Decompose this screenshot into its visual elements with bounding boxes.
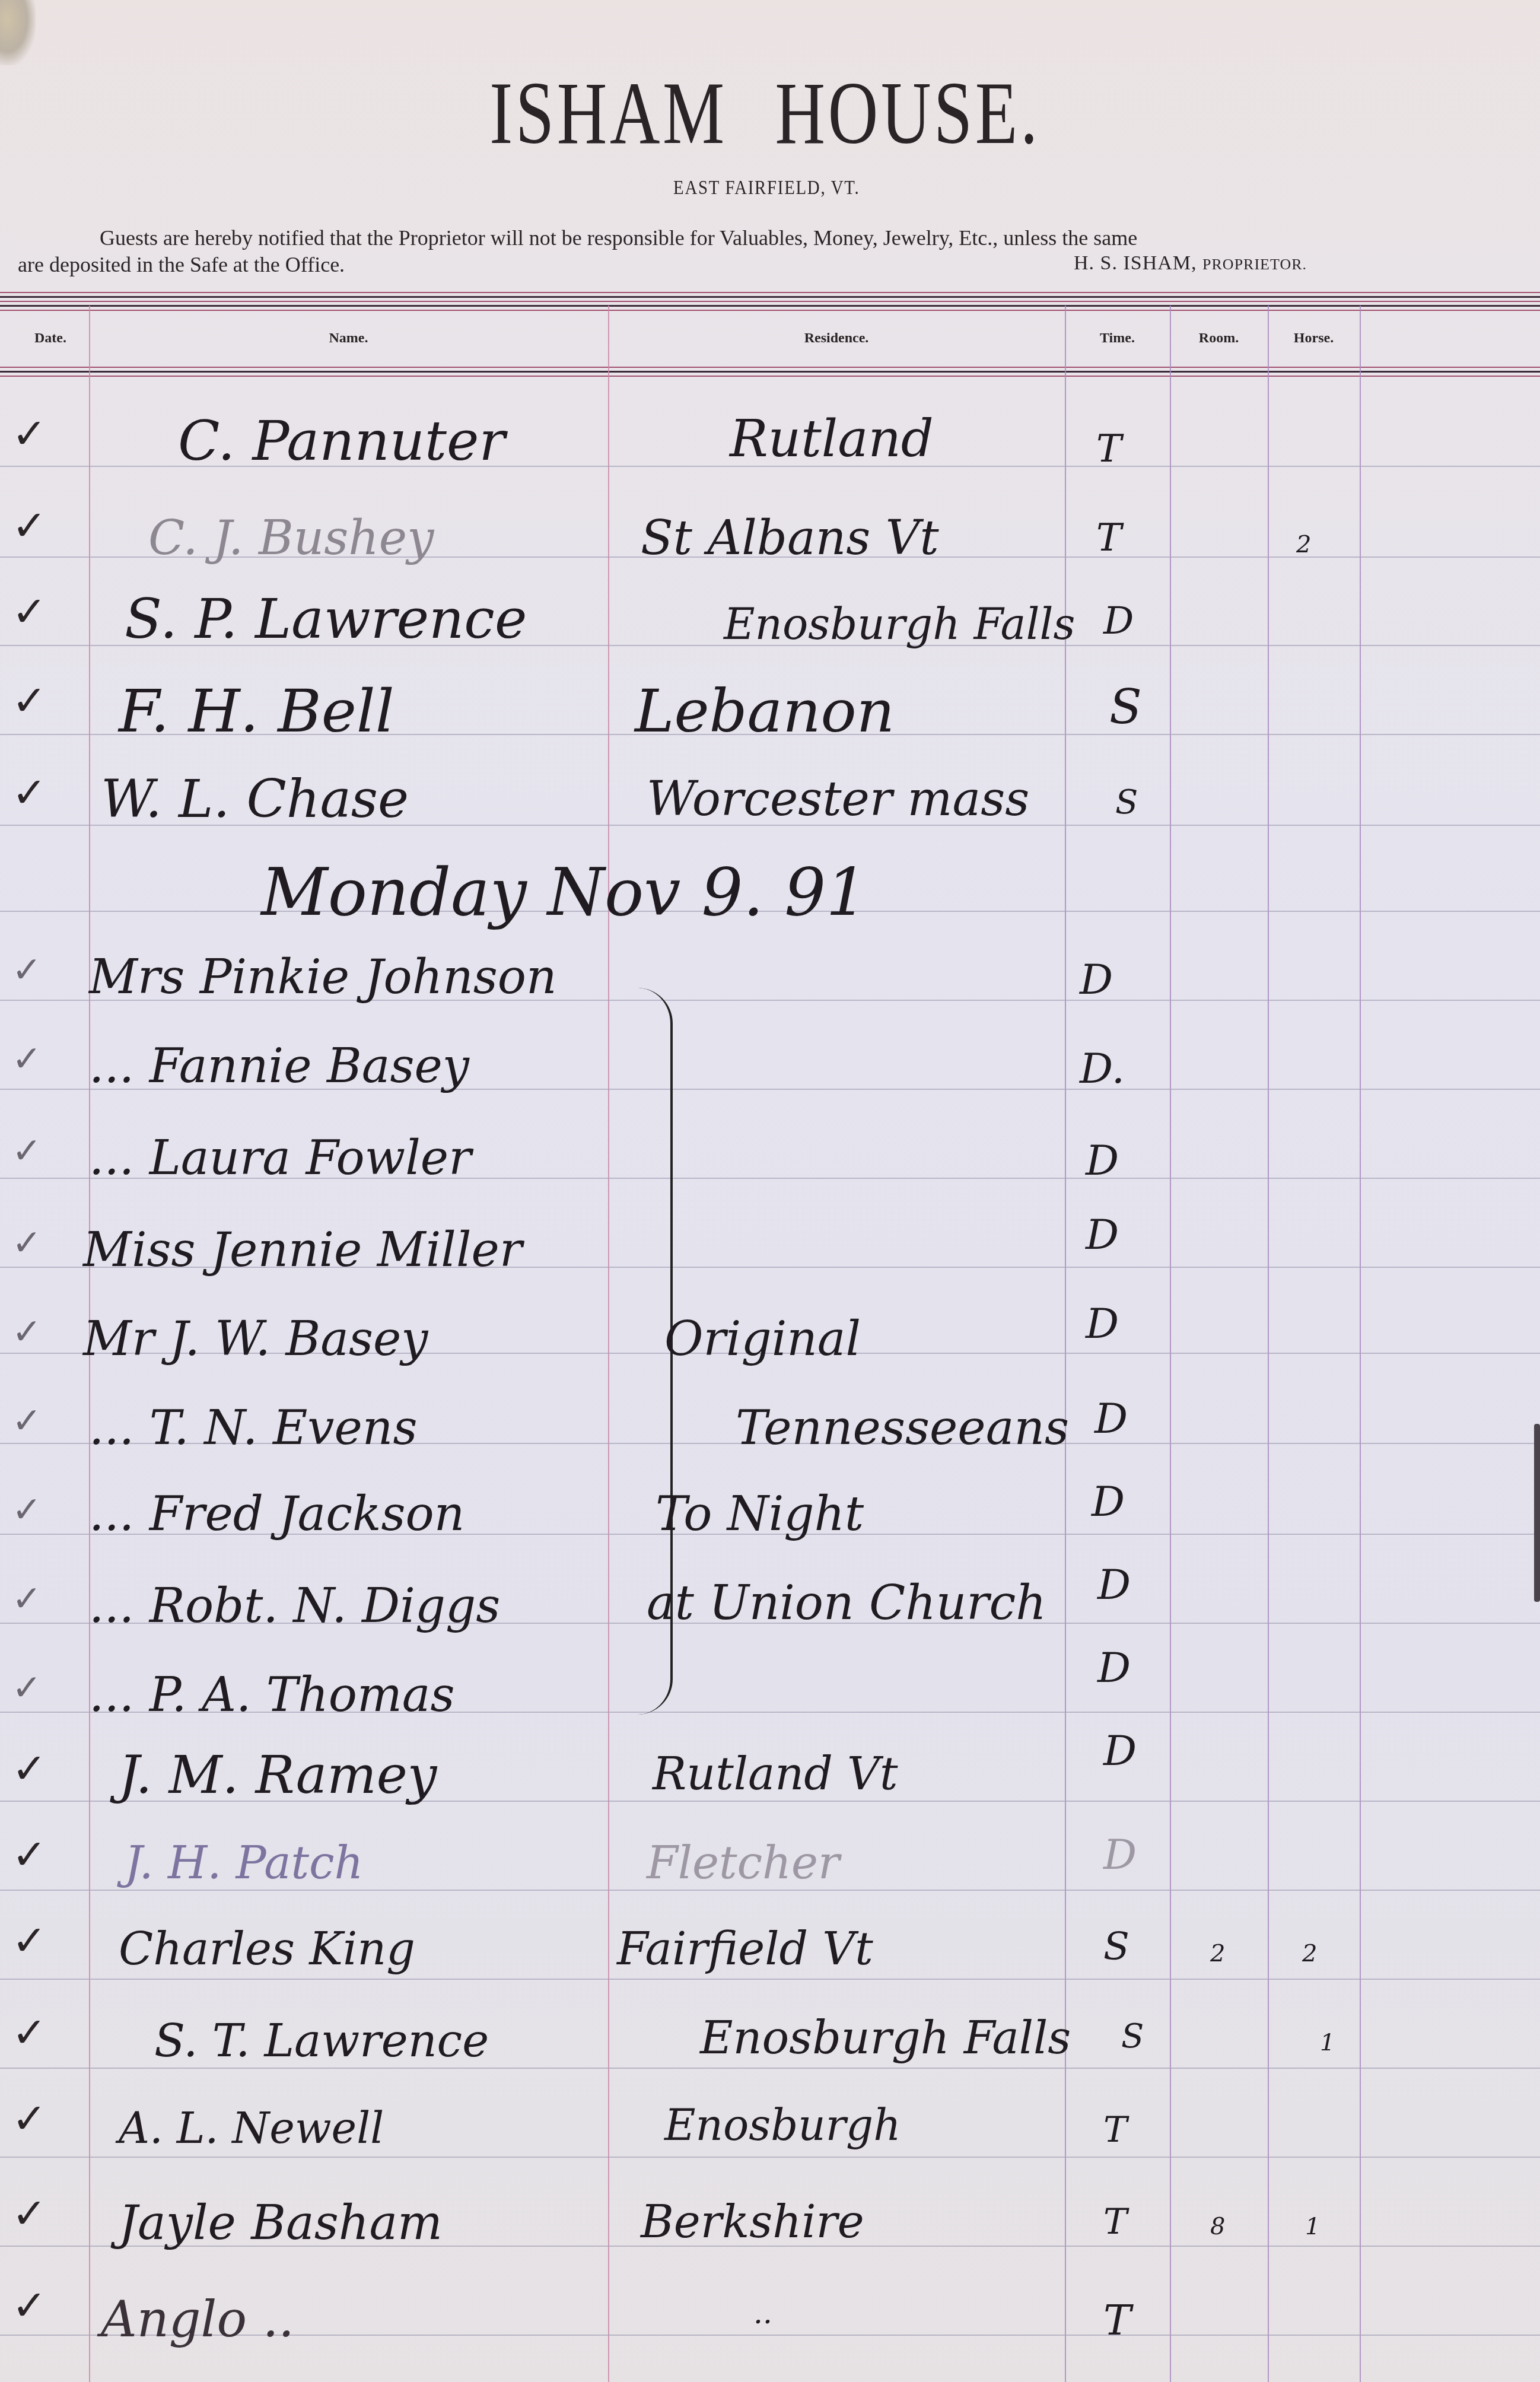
guest-name: A. L. Newell bbox=[119, 2103, 384, 2153]
check-mark-icon: ✓ bbox=[12, 949, 42, 991]
arrival-time: D bbox=[1097, 1643, 1131, 1692]
guest-residence: Fairfield Vt bbox=[617, 1922, 873, 1975]
column-header-residence: Residence. bbox=[608, 330, 1065, 346]
check-mark-icon: ✓ bbox=[12, 409, 47, 458]
notice-line-1: Guests are hereby notified that the Prop… bbox=[100, 225, 1137, 250]
guest-name: C. J. Bushey bbox=[148, 510, 434, 565]
check-mark-icon: ✓ bbox=[12, 1222, 42, 1264]
guest-residence: Berkshire bbox=[641, 2195, 864, 2248]
check-mark-icon: ✓ bbox=[12, 587, 47, 636]
guest-residence: Fletcher bbox=[647, 1836, 839, 1889]
guest-name: J. H. Patch bbox=[125, 1836, 364, 1889]
guest-name: ... Laura Fowler bbox=[89, 1130, 471, 1185]
column-divider-horse bbox=[1360, 306, 1361, 2382]
check-mark-icon: ✓ bbox=[12, 1038, 42, 1080]
register-page: ISHAM HOUSE. EAST FAIRFIELD, VT. Guests … bbox=[0, 0, 1540, 2382]
guest-residence: Worcester mass bbox=[647, 771, 1029, 826]
guest-residence: Rutland bbox=[730, 409, 934, 469]
guest-residence: Enosburgh bbox=[664, 2100, 901, 2150]
guest-residence: Enosburgh Falls bbox=[724, 599, 1075, 649]
arrival-time: T bbox=[1096, 516, 1122, 560]
room-number: 2 bbox=[1210, 1940, 1225, 1967]
guest-residence: Original bbox=[664, 1311, 861, 1366]
guest-name: S. P. Lawrence bbox=[125, 587, 527, 651]
guest-residence: St Albans Vt bbox=[641, 510, 939, 565]
guest-name: ... P. A. Thomas bbox=[89, 1667, 454, 1722]
proprietor-name: H. S. ISHAM, bbox=[1074, 252, 1202, 274]
proprietor-signature: H. S. ISHAM, PROPRIETOR. bbox=[1074, 252, 1307, 275]
arrival-time: D. bbox=[1080, 1044, 1125, 1093]
arrival-time: T bbox=[1096, 427, 1122, 471]
horse-count: 2 bbox=[1296, 531, 1311, 558]
guest-name: F. H. Bell bbox=[119, 676, 394, 746]
horse-count: 2 bbox=[1302, 1940, 1317, 1967]
proprietor-title: PROPRIETOR. bbox=[1202, 256, 1307, 273]
room-number: 8 bbox=[1210, 2213, 1225, 2240]
guest-name: ... Fred Jackson bbox=[89, 1486, 464, 1541]
guest-residence: at Union Church bbox=[647, 1575, 1046, 1630]
check-mark-icon: ✓ bbox=[12, 768, 47, 817]
guest-name: ... Fannie Basey bbox=[89, 1038, 469, 1093]
column-header-room: Room. bbox=[1170, 330, 1268, 346]
arrival-time: D bbox=[1080, 955, 1113, 1004]
arrival-time: D bbox=[1086, 1210, 1119, 1259]
header-bottom-rule-band bbox=[0, 367, 1540, 380]
check-mark-icon: ✓ bbox=[12, 1830, 47, 1879]
check-mark-icon: ✓ bbox=[12, 1744, 47, 1793]
hotel-title: ISHAM HOUSE. bbox=[164, 62, 1366, 164]
arrival-time: S bbox=[1103, 1925, 1129, 1969]
column-divider-room bbox=[1268, 306, 1269, 2382]
ruled-line bbox=[0, 2068, 1540, 2069]
arrival-time: S bbox=[1109, 679, 1142, 734]
guest-name: Anglo .. bbox=[101, 2290, 294, 2348]
arrival-time: D bbox=[1086, 1299, 1119, 1348]
guest-name: Mr J. W. Basey bbox=[83, 1311, 428, 1366]
top-rule-band bbox=[0, 292, 1540, 314]
guest-name: ... T. N. Evens bbox=[89, 1400, 417, 1455]
page-corner-stain bbox=[0, 0, 36, 65]
arrival-time: T bbox=[1103, 2109, 1127, 2151]
date-heading: Monday Nov 9. 91 bbox=[261, 854, 867, 930]
guest-name: Miss Jennie Miller bbox=[83, 1222, 522, 1277]
check-mark-icon: ✓ bbox=[12, 676, 47, 725]
guest-residence: Enosburgh Falls bbox=[700, 2011, 1071, 2064]
arrival-time: S bbox=[1115, 783, 1138, 822]
guest-residence: Lebanon bbox=[635, 676, 895, 746]
guest-name: S. T. Lawrence bbox=[154, 2014, 489, 2067]
hotel-location: EAST FAIRFIELD, VT. bbox=[112, 177, 1421, 199]
horse-count: 1 bbox=[1320, 2029, 1335, 2056]
check-mark-icon: ✓ bbox=[12, 2008, 47, 2057]
arrival-time: D bbox=[1103, 599, 1134, 643]
check-mark-icon: ✓ bbox=[12, 1578, 42, 1620]
arrival-time: D bbox=[1092, 1477, 1125, 1526]
guest-name: ... Robt. N. Diggs bbox=[89, 1578, 500, 1633]
arrival-time: D bbox=[1097, 1560, 1131, 1609]
check-mark-icon: ✓ bbox=[12, 2189, 47, 2238]
arrival-time: D bbox=[1086, 1136, 1119, 1185]
column-divider-time bbox=[1170, 306, 1171, 2382]
guest-name: Charles King bbox=[119, 1922, 415, 1975]
arrival-time: T bbox=[1103, 2201, 1127, 2243]
guest-residence: To Night bbox=[656, 1486, 864, 1541]
ruled-line bbox=[0, 1890, 1540, 1891]
guest-name: C. Pannuter bbox=[178, 409, 505, 473]
ruled-line bbox=[0, 1979, 1540, 1980]
check-mark-icon: ✓ bbox=[12, 1916, 47, 1965]
arrival-time: T bbox=[1103, 2296, 1131, 2345]
column-header-date: Date. bbox=[24, 330, 77, 346]
guest-name: Mrs Pinkie Johnson bbox=[89, 949, 556, 1004]
check-mark-icon: ✓ bbox=[12, 1667, 42, 1709]
check-mark-icon: ✓ bbox=[12, 2094, 47, 2143]
guest-name: Jayle Basham bbox=[119, 2195, 443, 2250]
arrival-time: D bbox=[1103, 1830, 1137, 1879]
guest-name: W. L. Chase bbox=[101, 768, 409, 829]
check-mark-icon: ✓ bbox=[12, 2281, 47, 2330]
check-mark-icon: ✓ bbox=[12, 1311, 42, 1353]
binding-edge bbox=[1534, 1424, 1540, 1602]
column-header-horse: Horse. bbox=[1268, 330, 1360, 346]
guest-name: J. M. Ramey bbox=[119, 1744, 437, 1805]
notice-line-2: are deposited in the Safe at the Office. bbox=[18, 252, 345, 277]
arrival-time: D bbox=[1103, 1726, 1137, 1775]
guest-residence: .. bbox=[753, 2296, 772, 2330]
check-mark-icon: ✓ bbox=[12, 1489, 42, 1531]
horse-count: 1 bbox=[1305, 2213, 1320, 2240]
arrival-time: S bbox=[1121, 2017, 1144, 2056]
check-mark-icon: ✓ bbox=[12, 1130, 42, 1172]
guest-residence: Tennesseeans bbox=[736, 1400, 1069, 1455]
ruled-line bbox=[0, 2157, 1540, 2158]
column-header-time: Time. bbox=[1065, 330, 1170, 346]
column-header-name: Name. bbox=[89, 330, 608, 346]
arrival-time: D bbox=[1094, 1394, 1128, 1443]
check-mark-icon: ✓ bbox=[12, 1400, 42, 1442]
guest-residence: Rutland Vt bbox=[653, 1747, 898, 1800]
check-mark-icon: ✓ bbox=[12, 501, 47, 550]
